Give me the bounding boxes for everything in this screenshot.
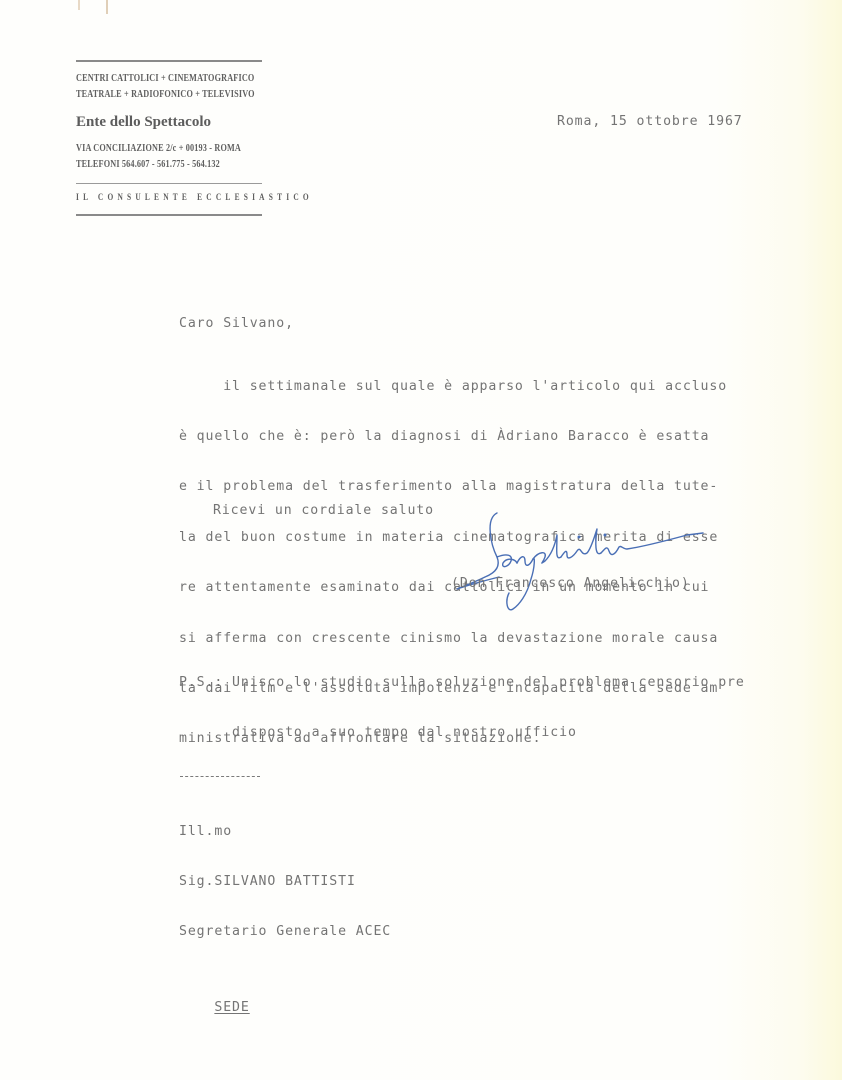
letterhead: CENTRI CATTOLICI + CINEMATOGRAFICO TEATR… (76, 60, 264, 216)
body-line: il settimanale sul quale è apparso l'art… (179, 379, 727, 396)
letterhead-address: VIA CONCILIAZIONE 2/c + 00193 - ROMA (76, 141, 230, 157)
recipient-location: SEDE (214, 1000, 249, 1017)
letterhead-role: IL CONSULENTE ECCLESIASTICO (76, 190, 223, 206)
handwritten-signature (455, 505, 725, 615)
letterhead-line-2: TEATRALE + RADIOFONICO + TELEVISIVO (76, 87, 230, 103)
closing: Ricevi un cordiale saluto (213, 503, 434, 520)
postscript-line-2: disposto a suo tempo dal nostro ufficio (232, 725, 577, 740)
postscript-line-1: Unisco lo studio sulla soluzione del pro… (232, 675, 745, 690)
postscript-label: P.S.: (179, 675, 223, 690)
letterhead-bottom-rule (76, 214, 262, 216)
salutation: Caro Silvano, (179, 316, 294, 333)
letterhead-middle-rule (76, 183, 262, 184)
letterhead-line-1: CENTRI CATTOLICI + CINEMATOGRAFICO (76, 71, 230, 87)
postscript: P.S.: Unisco lo studio sulla soluzione d… (179, 641, 745, 775)
letter-page: CENTRI CATTOLICI + CINEMATOGRAFICO TEATR… (0, 0, 842, 1080)
organization-name: Ente dello Spettacolo (76, 112, 264, 132)
recipient-separator (180, 776, 260, 778)
letterhead-phones: TELEFONI 564.607 - 561.775 - 564.132 (76, 157, 230, 173)
signatory-name: (Don Francesco Angelicchio) (451, 576, 690, 593)
letter-date: Roma, 15 ottobre 1967 (557, 114, 743, 131)
paper-edge-mark (78, 0, 80, 10)
body-line: è quello che è: però la diagnosi di Àdri… (179, 429, 727, 446)
recipient-block: Ill.mo Sig.SILVANO BATTISTI Segretario G… (179, 790, 391, 1033)
recipient-name: Sig.SILVANO BATTISTI (179, 874, 391, 891)
recipient-title: Ill.mo (179, 824, 391, 841)
recipient-position: Segretario Generale ACEC (179, 924, 391, 941)
body-line: e il problema del trasferimento alla mag… (179, 479, 727, 496)
paper-edge-mark (106, 0, 108, 14)
